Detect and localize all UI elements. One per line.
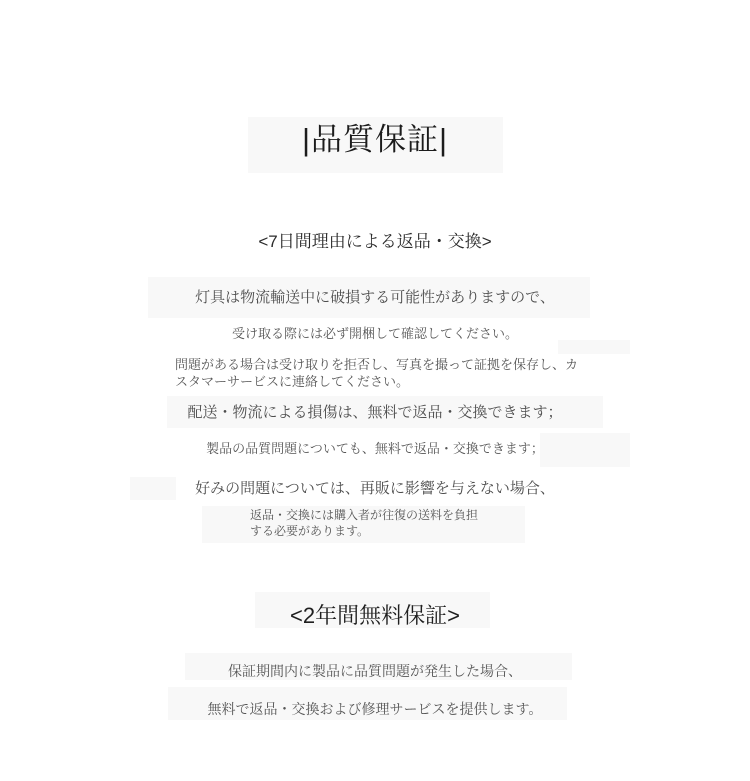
paragraph-problem-line-2: スタマーサービスに連絡してください。: [175, 373, 585, 390]
text-line-quality-issue: 製品の品質問題についても、無料で返品・交換できます；: [0, 439, 750, 458]
text-line-warranty-service: 無料で返品・交換および修理サービスを提供します。: [0, 700, 750, 719]
paragraph-problem-line-1: 問題がある場合は受け取りを拒否し、写真を撮って証拠を保存し、カ: [175, 356, 585, 373]
quality-guarantee-page: |品質保証| <7日間理由による返品・交換> 灯具は物流輸送中に破損する可能性が…: [0, 0, 750, 781]
text-line-preference-issue: 好みの問題については、再販に影響を与えない場合、: [0, 478, 750, 499]
text-line-damage-possibility: 灯具は物流輸送中に破損する可能性がありますので、: [0, 287, 750, 308]
section-heading-7day-return: <7日間理由による返品・交換>: [0, 231, 750, 253]
text-line-open-and-check: 受け取る際には必ず開梱して確認してください。: [0, 325, 750, 343]
section-heading-2year-warranty: <2年間無料保証>: [0, 602, 750, 630]
page-title: |品質保証|: [0, 122, 750, 158]
text-line-warranty-condition: 保証期間内に製品に品質問題が発生した場合、: [0, 662, 750, 681]
paragraph-return-shipping-cost: 返品・交換には購入者が往復の送料を負担 する必要があります。: [250, 507, 510, 539]
paragraph-cost-line-2: する必要があります。: [250, 523, 510, 539]
paragraph-cost-line-1: 返品・交換には購入者が往復の送料を負担: [250, 507, 510, 523]
paragraph-problem-instructions: 問題がある場合は受け取りを拒否し、写真を撮って証拠を保存し、カ スタマーサービス…: [175, 356, 585, 390]
text-line-shipping-damage: 配送・物流による損傷は、無料で返品・交換できます；: [0, 402, 750, 423]
